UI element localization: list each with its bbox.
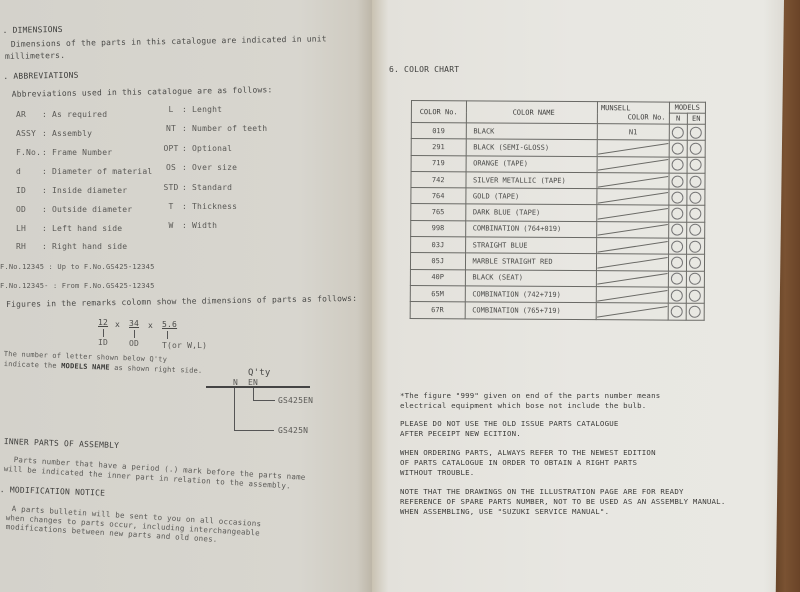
model-n-circle <box>672 191 684 203</box>
abbr-item: AR: As required <box>16 110 107 120</box>
dim-value-2: 34 <box>129 319 139 329</box>
model-n-circle <box>672 175 684 187</box>
dim-label-od: OD <box>129 339 139 349</box>
table-row: 40PBLACK (SEAT) <box>410 269 704 287</box>
dim-sep: x <box>115 320 120 330</box>
abbr-item: T: Thickness <box>160 202 237 212</box>
model-en-circle <box>690 224 702 236</box>
abbr-item: OS: Over size <box>160 163 237 173</box>
model-n-circle <box>671 257 683 269</box>
model-en-circle <box>690 192 702 204</box>
table-row: 67RCOMBINATION (765+719) <box>410 302 704 320</box>
model-en-circle <box>690 175 702 187</box>
color-chart-table: COLOR No. COLOR NAME MUNSELL COLOR No. M… <box>410 100 706 320</box>
dim-sep: x <box>148 321 153 331</box>
model-n-circle <box>671 240 683 252</box>
table-row: 291BLACK (SEMI-GLOSS) <box>411 139 705 157</box>
model-n-circle <box>672 143 684 155</box>
dimensions-heading: . DIMENSIONS <box>2 25 62 36</box>
note-ordering-3: WITHOUT TROUBLE. <box>400 468 474 478</box>
model-n-circle <box>672 126 684 138</box>
note-drawings-2: REFERENCE OF SPARE PARTS NUMBER, NOT TO … <box>400 497 725 507</box>
model-n-circle <box>671 273 683 285</box>
abbreviations-intro: Abbreviations used in this catalogue are… <box>12 85 273 100</box>
model-en-circle <box>689 273 701 285</box>
abbr-item: RH: Right hand side <box>16 242 127 252</box>
abbr-item: ASSY: Assembly <box>16 129 92 139</box>
table-row: 65MCOMBINATION (742+719) <box>410 285 704 303</box>
abbr-item: OPT: Optional <box>160 144 232 154</box>
note-ordering-1: WHEN ORDERING PARTS, ALWAYS REFER TO THE… <box>400 448 656 458</box>
dim-value-1: 12 <box>98 318 108 328</box>
table-row: 765DARK BLUE (TAPE) <box>411 204 705 222</box>
col-header-color-no: COLOR No. <box>411 101 466 123</box>
abbr-item: W: Width <box>160 221 217 231</box>
col-header-munsell: MUNSELL COLOR No. <box>597 102 669 124</box>
table-row: 764GOLD (TAPE) <box>411 188 705 206</box>
abbr-item: d: Diameter of material <box>16 167 152 177</box>
qty-model-n: GS425N <box>278 426 308 436</box>
table-row: 03JSTRAIGHT BLUE <box>411 237 705 255</box>
table-header-row: COLOR No. COLOR NAME MUNSELL COLOR No. M… <box>411 101 705 114</box>
table-row: 742SILVER METALLIC (TAPE) <box>411 171 705 189</box>
model-n-circle <box>671 289 683 301</box>
col-header-color-name: COLOR NAME <box>466 101 598 124</box>
model-n-circle <box>671 224 683 236</box>
note-999-1: *The figure "999" given on end of the pa… <box>400 391 660 401</box>
abbr-item: L: Lenght <box>160 105 222 115</box>
dimensions-text-1: Dimensions of the parts in this catalogu… <box>11 34 327 50</box>
dim-label-t: T(or W,L) <box>162 341 207 351</box>
model-en-circle <box>689 306 701 318</box>
left-page: . DIMENSIONS Dimensions of the parts in … <box>0 0 372 592</box>
frame-up-to: F.No.12345 : Up to F.No.GS425-12345 <box>0 262 155 272</box>
model-en-circle <box>690 143 702 155</box>
col-header-model-n: N <box>669 113 687 124</box>
qty-title: Q'ty <box>248 368 270 378</box>
abbr-item: NT: Number of teeth <box>160 124 267 134</box>
note-ordering-2: OF PARTS CATALOGUE IN ORDER TO OBTAIN A … <box>400 458 637 468</box>
model-en-circle <box>690 126 702 138</box>
dimensions-text-2: millimeters. <box>5 51 65 62</box>
table-row: 998COMBINATION (764+019) <box>411 220 705 238</box>
abbr-item: LH: Left hand side <box>16 224 122 234</box>
model-n-circle <box>671 208 683 220</box>
model-n-circle <box>671 305 683 317</box>
abbr-item: OD: Outside diameter <box>16 205 132 215</box>
col-header-models: MODELS <box>669 102 705 113</box>
note-drawings-1: NOTE THAT THE DRAWINGS ON THE ILLUSTRATI… <box>400 487 684 497</box>
abbreviations-heading: . ABBREVIATIONS <box>3 71 78 82</box>
note-old-issue-2: AFTER PECEIPT NEW ECITION. <box>400 429 521 439</box>
model-en-circle <box>689 289 701 301</box>
table-row: 05JMARBLE STRAIGHT RED <box>410 253 704 271</box>
model-n-circle <box>672 159 684 171</box>
model-en-circle <box>689 257 701 269</box>
model-en-circle <box>690 208 702 220</box>
qty-model-en: GS425EN <box>278 396 313 406</box>
dim-value-3: 5.6 <box>162 320 177 330</box>
color-chart-title: 6. COLOR CHART <box>389 65 459 75</box>
abbr-item: ID: Inside diameter <box>16 186 127 196</box>
table-row: 719ORANGE (TAPE) <box>411 155 705 173</box>
frame-from: F.No.12345- : From F.No.GS425-12345 <box>0 281 155 291</box>
note-drawings-3: WHEN ASSEMBLING, USE "SUZUKI SERVICE MAN… <box>400 507 609 517</box>
table-row: 019BLACKN1 <box>411 123 705 141</box>
note-old-issue-1: PLEASE DO NOT USE THE OLD ISSUE PARTS CA… <box>400 419 619 429</box>
model-en-circle <box>689 240 701 252</box>
model-en-circle <box>690 159 702 171</box>
dim-label-id: ID <box>98 338 108 348</box>
abbr-item: F.No.: Frame Number <box>16 148 112 158</box>
col-header-model-en: EN <box>687 113 705 124</box>
abbr-item: STD: Standard <box>160 183 232 193</box>
note-999-2: electrical equipment which bose not incl… <box>400 401 646 411</box>
